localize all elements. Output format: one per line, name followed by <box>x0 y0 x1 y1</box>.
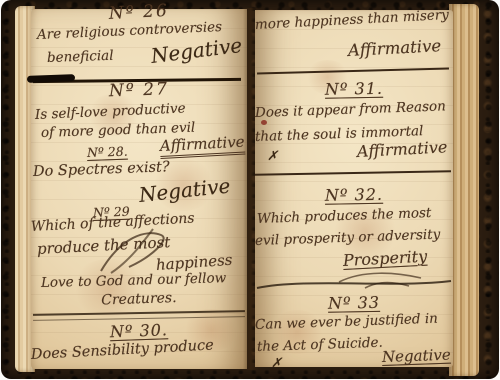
question-28: Do Spectres exist? <box>33 160 170 181</box>
question-32-line1: Which produces the most <box>257 206 432 227</box>
ink-flourish <box>335 268 425 290</box>
answer-33: Negative <box>382 347 451 366</box>
entry-number-32: Nº 32. <box>255 185 453 206</box>
question-29-line2: produce the most <box>37 234 171 257</box>
photo-of-notebook: Nº 26 Are religious controversies benefi… <box>0 0 500 380</box>
ink-rule-swoosh <box>255 276 453 292</box>
answer-28: Negative <box>138 174 231 205</box>
question-33-line2: the Act of Suicide. <box>257 336 383 355</box>
entry-number-30: Nº 30. <box>31 318 247 343</box>
x-mark-31: ✗ <box>267 150 278 164</box>
x-mark-33: ✗ <box>271 357 282 371</box>
answer-29-line1: Love to God and our fellow <box>41 271 227 291</box>
question-26-line2: beneficial <box>47 49 114 66</box>
answer-29-line2: Creatures. <box>31 288 247 311</box>
answer-27: Affirmative <box>160 134 246 159</box>
question-33-line1: Can we ever be justified in <box>255 312 438 333</box>
question-30-line2: more happiness than misery <box>255 8 450 33</box>
question-27-line1: Is self-love productive <box>35 101 186 122</box>
page-left: Nº 26 Are religious controversies benefi… <box>31 9 247 369</box>
question-32-line2: evil prosperity or adversity <box>255 228 441 249</box>
question-29-line1: Which of the affections <box>31 211 195 235</box>
book-cover: Nº 26 Are religious controversies benefi… <box>1 0 499 379</box>
ink-rule-divider <box>255 170 451 175</box>
question-31-line1: Does it appear from Reason <box>255 99 446 120</box>
ink-rule-divider <box>257 67 449 74</box>
answer-32: Prosperity <box>342 248 427 270</box>
answer-26: Negative <box>150 34 244 67</box>
answer-31: Affirmative <box>356 138 447 160</box>
entry-number-31: Nº 31. <box>255 79 453 100</box>
page-edges-right <box>449 4 479 376</box>
answer-30: Affirmative <box>347 37 441 60</box>
page-right: more happiness than misery Affirmative N… <box>255 10 453 367</box>
entry-number-28: Nº 28. <box>87 145 128 160</box>
